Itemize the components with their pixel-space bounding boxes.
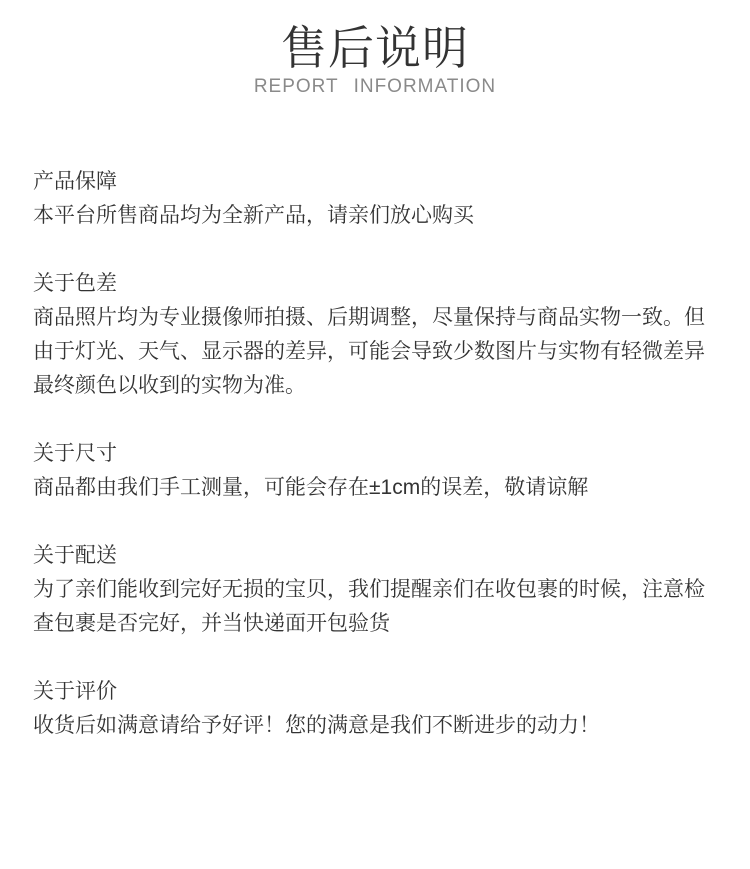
section-heading: 关于尺寸 bbox=[33, 437, 717, 471]
section-heading: 产品保障 bbox=[33, 165, 717, 199]
section-size: 关于尺寸 商品都由我们手工测量，可能会存在±1cm的误差，敬请谅解 bbox=[33, 437, 717, 505]
section-body: 为了亲们能收到完好无损的宝贝，我们提醒亲们在收包裹的时候，注意检 查包裹是否完好… bbox=[33, 573, 717, 641]
page-header: 售后说明 REPORT INFORMATION bbox=[0, 0, 750, 100]
section-product-guarantee: 产品保障 本平台所售商品均为全新产品，请亲们放心购买 bbox=[33, 165, 717, 233]
after-sales-page: 售后说明 REPORT INFORMATION 产品保障 本平台所售商品均为全新… bbox=[0, 0, 750, 869]
section-heading: 关于评价 bbox=[33, 675, 717, 709]
page-subtitle: REPORT INFORMATION bbox=[0, 74, 750, 100]
section-color-difference: 关于色差 商品照片均为专业摄像师拍摄、后期调整，尽量保持与商品实物一致。但 由于… bbox=[33, 267, 717, 403]
section-body: 商品照片均为专业摄像师拍摄、后期调整，尽量保持与商品实物一致。但 由于灯光、天气… bbox=[33, 301, 717, 403]
section-body: 商品都由我们手工测量，可能会存在±1cm的误差，敬请谅解 bbox=[33, 471, 717, 505]
page-content: 产品保障 本平台所售商品均为全新产品，请亲们放心购买 关于色差 商品照片均为专业… bbox=[0, 165, 750, 743]
section-review: 关于评价 收货后如满意请给予好评！您的满意是我们不断进步的动力！ bbox=[33, 675, 717, 743]
section-heading: 关于配送 bbox=[33, 539, 717, 573]
section-body: 收货后如满意请给予好评！您的满意是我们不断进步的动力！ bbox=[33, 709, 717, 743]
page-title: 售后说明 bbox=[0, 22, 750, 74]
section-heading: 关于色差 bbox=[33, 267, 717, 301]
section-delivery: 关于配送 为了亲们能收到完好无损的宝贝，我们提醒亲们在收包裹的时候，注意检 查包… bbox=[33, 539, 717, 641]
section-body: 本平台所售商品均为全新产品，请亲们放心购买 bbox=[33, 199, 717, 233]
